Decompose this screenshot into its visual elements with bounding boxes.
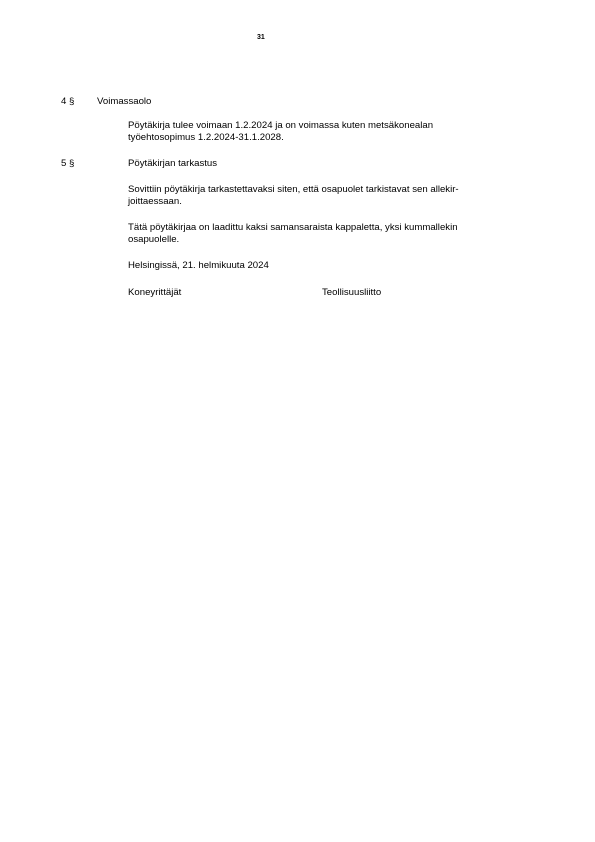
section-5-paragraph-1-line-2: joittaessaan. — [128, 196, 182, 208]
section-4-number: 4 § — [61, 96, 74, 108]
section-5-paragraph-2-line-1: Tätä pöytäkirjaa on laadittu kaksi saman… — [128, 222, 458, 234]
signatory-koneyrittajat: Koneyrittäjät — [128, 287, 181, 299]
section-4-title: Voimassaolo — [97, 96, 151, 108]
section-4-paragraph-line-1: Pöytäkirja tulee voimaan 1.2.2024 ja on … — [128, 120, 433, 132]
section-4-paragraph-line-2: työehtosopimus 1.2.2024-31.1.2028. — [128, 132, 284, 144]
section-5-title: Pöytäkirjan tarkastus — [128, 158, 217, 170]
section-5-number: 5 § — [61, 158, 74, 170]
section-5-paragraph-2-line-2: osapuolelle. — [128, 234, 179, 246]
signatory-teollisuusliitto: Teollisuusliitto — [322, 287, 381, 299]
place-date: Helsingissä, 21. helmikuuta 2024 — [128, 260, 269, 272]
page-number: 31 — [257, 32, 265, 44]
section-5-paragraph-1-line-1: Sovittiin pöytäkirja tarkastettavaksi si… — [128, 184, 459, 196]
